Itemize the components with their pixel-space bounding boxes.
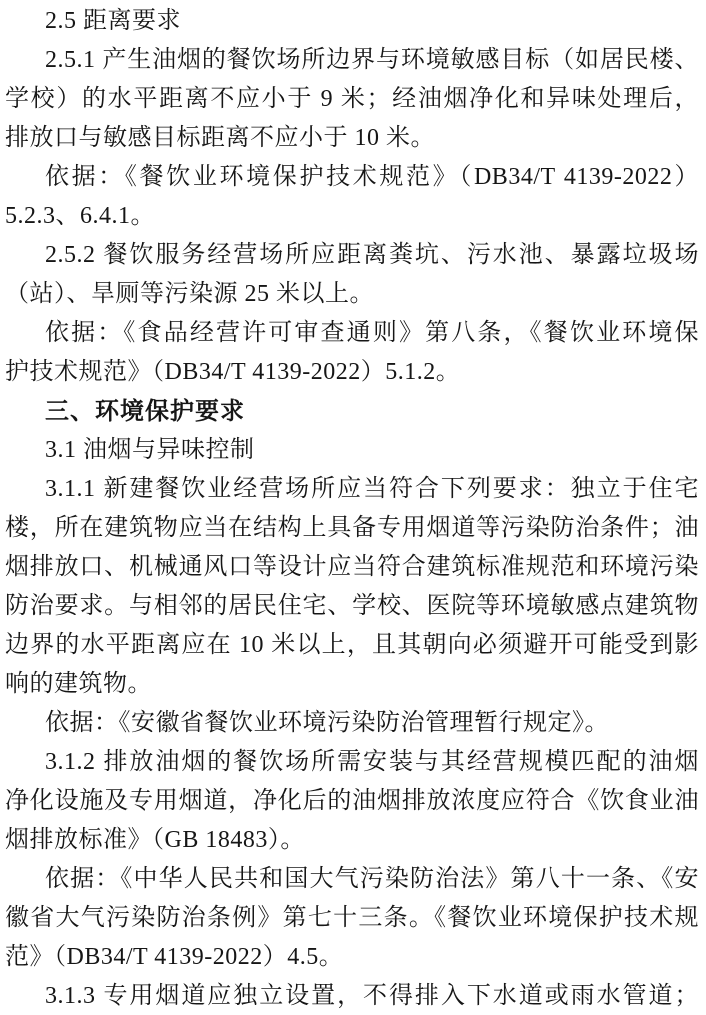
text-line: 烟排放口、机械通风口等设计应当符合建筑标准规范和环境污染 (5, 548, 699, 587)
text-line: 依据：《中华人民共和国大气污染防治法》第八十一条、《安 (5, 860, 699, 899)
text-line: 3.1 油烟与异味控制 (5, 431, 699, 470)
text-line: 依据：《食品经营许可审查通则》第八条，《餐饮业环境保 (5, 314, 699, 353)
text-line: 2.5.1 产生油烟的餐饮场所边界与环境敏感目标（如居民楼、 (5, 41, 699, 80)
text-line: 学校）的水平距离不应小于 9 米；经油烟净化和异味处理后， (5, 80, 699, 119)
text-line: 3.1.3 专用烟道应独立设置，不得排入下水道或雨水管道； (5, 977, 699, 1015)
text-line: 楼，所在建筑物应当在结构上具备专用烟道等污染防治条件；油 (5, 509, 699, 548)
text-line: 5.2.3、6.4.1。 (5, 197, 699, 236)
text-line: 净化设施及专用烟道，净化后的油烟排放浓度应符合《饮食业油 (5, 782, 699, 821)
text-line: 2.5 距离要求 (5, 2, 699, 41)
text-line: （站）、旱厕等污染源 25 米以上。 (5, 275, 699, 314)
text-line: 3.1.1 新建餐饮业经营场所应当符合下列要求：独立于住宅 (5, 470, 699, 509)
text-line: 2.5.2 餐饮服务经营场所应距离粪坑、污水池、暴露垃圾场 (5, 236, 699, 275)
text-line: 徽省大气污染防治条例》第七十三条。《餐饮业环境保护技术规 (5, 899, 699, 938)
text-line: 排放口与敏感目标距离不应小于 10 米。 (5, 119, 699, 158)
section-heading: 三、环境保护要求 (5, 392, 699, 431)
text-line: 依据：《安徽省餐饮业环境污染防治管理暂行规定》。 (5, 704, 699, 743)
document-page: 2.5 距离要求2.5.1 产生油烟的餐饮场所边界与环境敏感目标（如居民楼、学校… (0, 0, 706, 1015)
text-line: 依据：《餐饮业环境保护技术规范》（DB34/T 4139-2022） (5, 158, 699, 197)
text-line: 范》（DB34/T 4139-2022）4.5。 (5, 938, 699, 977)
text-line: 边界的水平距离应在 10 米以上，且其朝向必须避开可能受到影 (5, 626, 699, 665)
text-line: 烟排放标准》（GB 18483）。 (5, 821, 699, 860)
text-line: 响的建筑物。 (5, 665, 699, 704)
text-line: 防治要求。与相邻的居民住宅、学校、医院等环境敏感点建筑物 (5, 587, 699, 626)
text-line: 护技术规范》（DB34/T 4139-2022）5.1.2。 (5, 353, 699, 392)
text-line: 3.1.2 排放油烟的餐饮场所需安装与其经营规模匹配的油烟 (5, 743, 699, 782)
